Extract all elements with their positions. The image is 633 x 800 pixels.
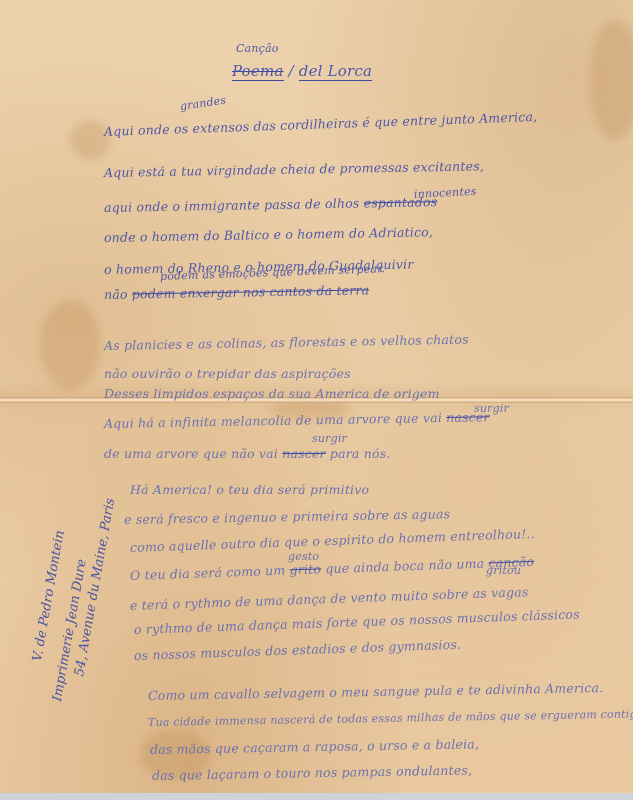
poem-line: não ouvirão o trepidar das aspirações — [104, 366, 351, 381]
poem-line: Desses limpidos espaços da sua America d… — [104, 386, 440, 401]
poem-line: Aqui há a infinita melancolia de uma arv… — [104, 409, 490, 431]
paper-stain — [590, 20, 633, 140]
line-insert: gritou — [486, 564, 521, 577]
paper-stain — [40, 300, 100, 390]
poem-line: e será fresco e ingenuo e primeira sobre… — [124, 506, 450, 527]
poem-line: o rythmo de uma dança mais forte que os … — [134, 606, 580, 637]
title-insert: Canção — [236, 42, 279, 55]
title: Poema / del Lorca — [232, 62, 372, 80]
line-insert: surgir — [312, 432, 347, 445]
poem-line: O teu dia será como um grito que ainda b… — [130, 554, 535, 583]
poem-line: não podem enxergar nos cantos da terra — [104, 282, 370, 302]
poem-line: como aquelle outro dia que o espirito do… — [130, 526, 535, 555]
manuscript-page: Canção Poema / del Lorca grandes Aqui on… — [0, 0, 633, 793]
line-insert: surgir — [474, 402, 509, 415]
poem-line: Aqui está a tua virgindade cheia de prom… — [104, 158, 484, 180]
struck-word: nascer — [282, 446, 326, 461]
title-struck: Poema — [232, 62, 284, 81]
poem-line: os nossos musculos dos estadios e dos gy… — [134, 637, 462, 663]
poem-line: Tua cidade immensa nascerá de todas essa… — [148, 707, 633, 729]
struck-word: espantados — [364, 194, 438, 210]
poem-line: onde o homem do Baltico e o homem do Adr… — [104, 224, 433, 245]
scan-edge — [0, 793, 633, 800]
poem-line: Há America! o teu dia será primitivo — [130, 482, 369, 497]
title-text: del Lorca — [299, 62, 372, 81]
struck-phrase: podem enxergar nos cantos da terra — [132, 282, 370, 301]
poem-line: e terá o rythmo de uma dança de vento mu… — [130, 584, 529, 613]
line-insert: grandes — [179, 94, 227, 113]
poem-line: aqui onde o immigrante passa de olhos es… — [104, 194, 438, 215]
poem-line: Como um cavallo selvagem o meu sangue pu… — [148, 680, 604, 703]
poem-line: de uma arvore que não vai nascer para nó… — [104, 446, 391, 461]
line-insert: gesto — [288, 550, 319, 563]
poem-line: Aqui onde os extensos das cordilheiras é… — [104, 109, 538, 139]
poem-line: As planicies e as colinas, as florestas … — [104, 332, 469, 353]
